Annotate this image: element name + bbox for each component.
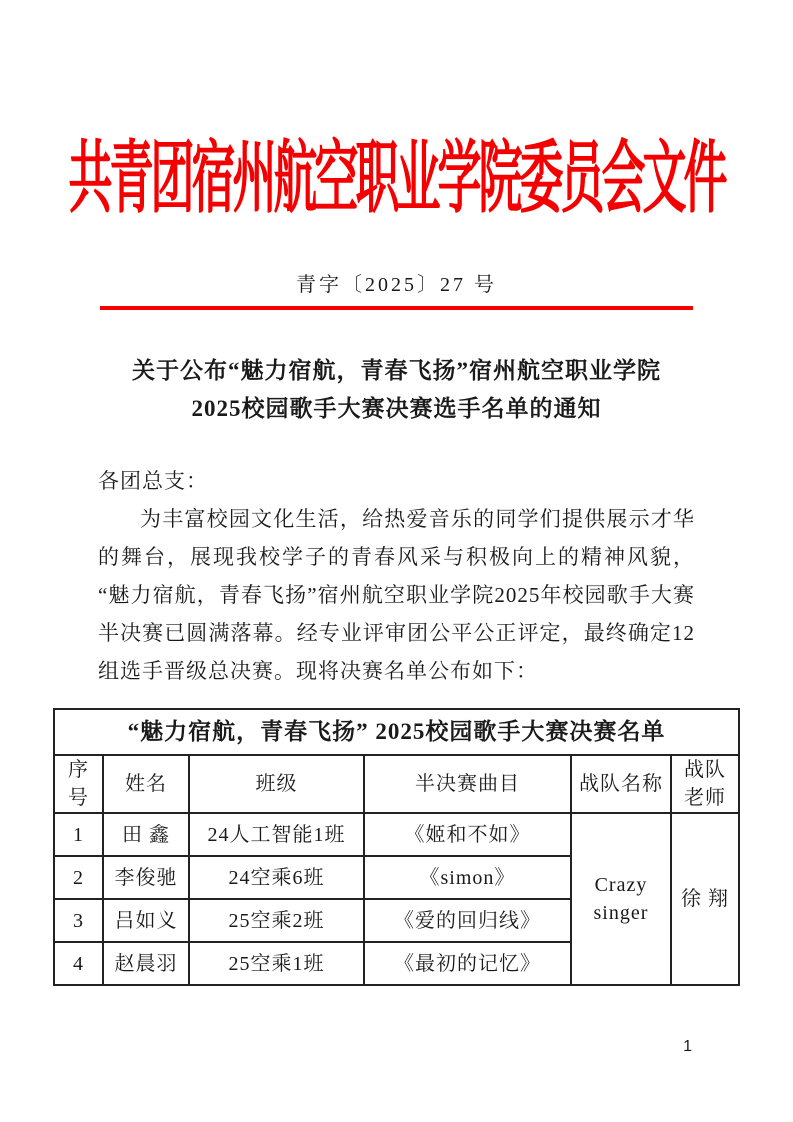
cell-song: 《最初的记忆》 <box>364 942 571 985</box>
cell-song: 《姬和不如》 <box>364 813 571 856</box>
cell-seq: 3 <box>54 899 103 942</box>
cell-seq: 2 <box>54 856 103 899</box>
table-title: “魅力宿航，青春飞扬” 2025校园歌手大赛决赛名单 <box>54 709 739 755</box>
notice-title-line1: 关于公布“魅力宿航，青春飞扬”宿州航空职业学院 <box>0 352 793 390</box>
document-number: 青字〔2025〕27 号 <box>0 268 793 297</box>
cell-class: 24人工智能1班 <box>189 813 364 856</box>
cell-name: 赵晨羽 <box>103 942 189 985</box>
document-page: 共青团宿州航空职业学院委员会文件 青字〔2025〕27 号 关于公布“魅力宿航，… <box>0 0 793 1122</box>
red-separator-line <box>100 306 693 310</box>
cell-name: 吕如义 <box>103 899 189 942</box>
table-row: 1 田 鑫 24人工智能1班 《姬和不如》 Crazy singer 徐 翔 <box>54 813 739 856</box>
col-header-class: 班级 <box>189 755 364 813</box>
notice-title-line2: 2025校园歌手大赛决赛选手名单的通知 <box>0 390 793 428</box>
col-header-song: 半决赛曲目 <box>364 755 571 813</box>
col-header-name: 姓名 <box>103 755 189 813</box>
table-header-row: 序号 姓名 班级 半决赛曲目 战队名称 战队老师 <box>54 755 739 813</box>
cell-song: 《爱的回归线》 <box>364 899 571 942</box>
cell-seq: 1 <box>54 813 103 856</box>
cell-song: 《simon》 <box>364 856 571 899</box>
cell-name: 田 鑫 <box>103 813 189 856</box>
notice-body: 各团总支： 为丰富校园文化生活，给热爱音乐的同学们提供展示才华的舞台，展现我校学… <box>98 462 695 690</box>
cell-seq: 4 <box>54 942 103 985</box>
cell-team-teacher: 徐 翔 <box>671 813 739 985</box>
cell-class: 25空乘1班 <box>189 942 364 985</box>
cell-class: 25空乘2班 <box>189 899 364 942</box>
body-paragraph: 为丰富校园文化生活，给热爱音乐的同学们提供展示才华的舞台，展现我校学子的青春风采… <box>98 500 695 690</box>
col-header-team: 战队名称 <box>571 755 671 813</box>
page-number: 1 <box>683 1038 692 1056</box>
col-header-seq: 序号 <box>54 755 103 813</box>
roster-table: “魅力宿航，青春飞扬” 2025校园歌手大赛决赛名单 序号 姓名 班级 半决赛曲… <box>53 708 740 986</box>
notice-title: 关于公布“魅力宿航，青春飞扬”宿州航空职业学院 2025校园歌手大赛决赛选手名单… <box>0 352 793 428</box>
org-title: 共青团宿州航空职业学院委员会文件 <box>69 140 725 219</box>
cell-team-name: Crazy singer <box>571 813 671 985</box>
table-title-row: “魅力宿航，青春飞扬” 2025校园歌手大赛决赛名单 <box>54 709 739 755</box>
letterhead: 共青团宿州航空职业学院委员会文件 <box>0 132 793 228</box>
cell-class: 24空乘6班 <box>189 856 364 899</box>
salutation: 各团总支： <box>98 462 695 500</box>
col-header-teacher: 战队老师 <box>671 755 739 813</box>
cell-name: 李俊驰 <box>103 856 189 899</box>
